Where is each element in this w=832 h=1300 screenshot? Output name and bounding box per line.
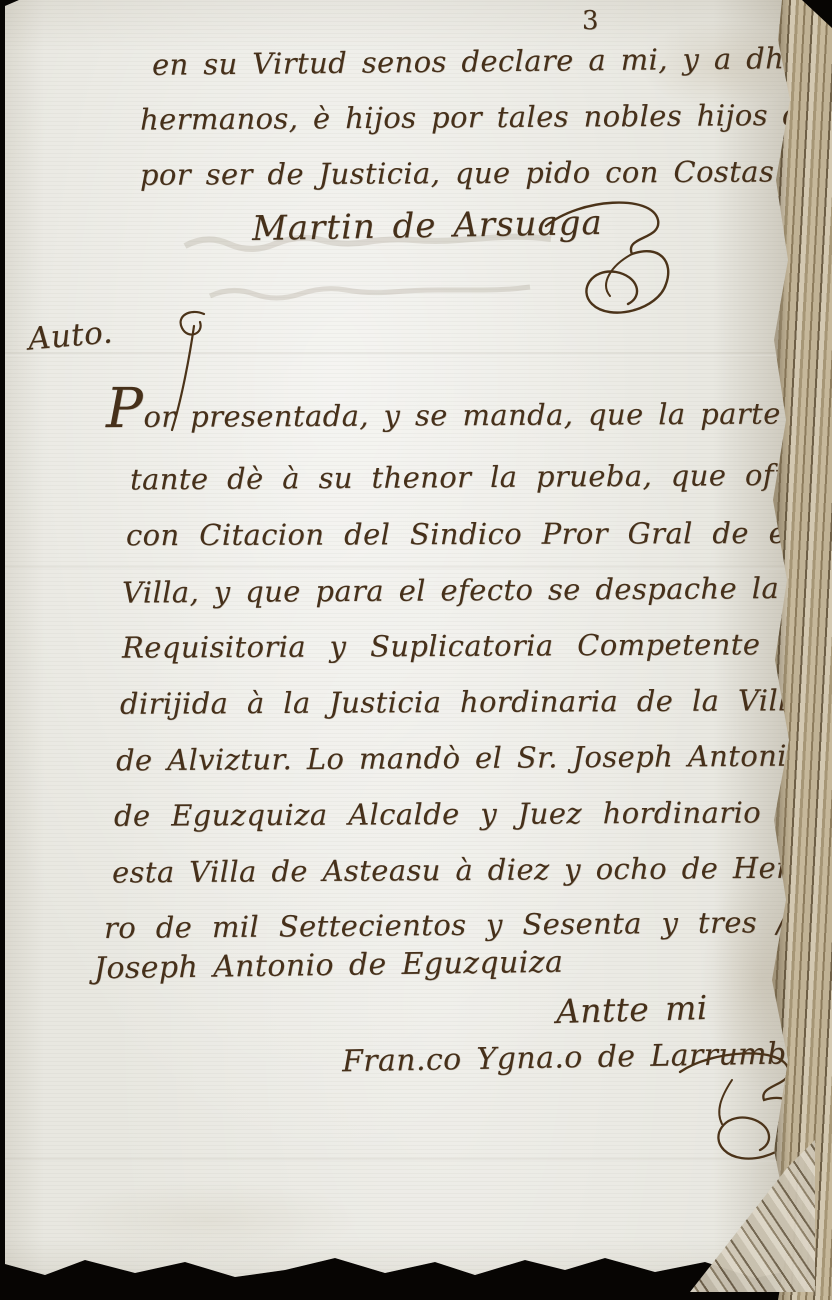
manuscript-scan: 3 en su Virtud senos declare a mi, y a d… xyxy=(0,0,832,1300)
judge-name: Joseph Antonio de Eguzquiza xyxy=(94,945,564,987)
auto-line: ro de mil Settecientos y Sesenta y tres … xyxy=(104,905,797,945)
auto-line: de Eguzquiza Alcalde y Juez hordinario d… xyxy=(114,795,818,833)
auto-line: Requisitoria y Suplicatoria Competente xyxy=(122,627,761,664)
auto-line: con Citacion del Sindico Pror Gral de es… xyxy=(126,516,831,552)
petition-line: hermanos, è hijos por tales nobles hijos… xyxy=(140,97,832,136)
auto-line: tante dè à su thenor la prueba, que ofre… xyxy=(130,458,832,497)
petition-line: en su Virtud senos declare a mi, y a dho… xyxy=(152,40,832,82)
auto-line: Por presentada, y se manda, que la parte… xyxy=(106,396,832,434)
auto-line: dirijida à la Justicia hordinaria de la … xyxy=(120,683,806,721)
folio-number: 3 xyxy=(582,6,599,36)
auto-line: Villa, y que para el efecto se despache … xyxy=(122,570,832,609)
petitioner-signature: Martin de Arsuaga xyxy=(252,203,603,249)
auto-line: esta Villa de Asteasu à diez y ocho de H… xyxy=(112,851,823,890)
auto-line: de Alviztur. Lo mandò el Sr. Joseph Anto… xyxy=(116,739,805,778)
attestation-ante-mi: Antte mi xyxy=(556,988,709,1031)
petition-line: por ser de Justicia, que pido con Costas… xyxy=(140,154,832,192)
margin-note-auto: Auto. xyxy=(27,314,115,357)
